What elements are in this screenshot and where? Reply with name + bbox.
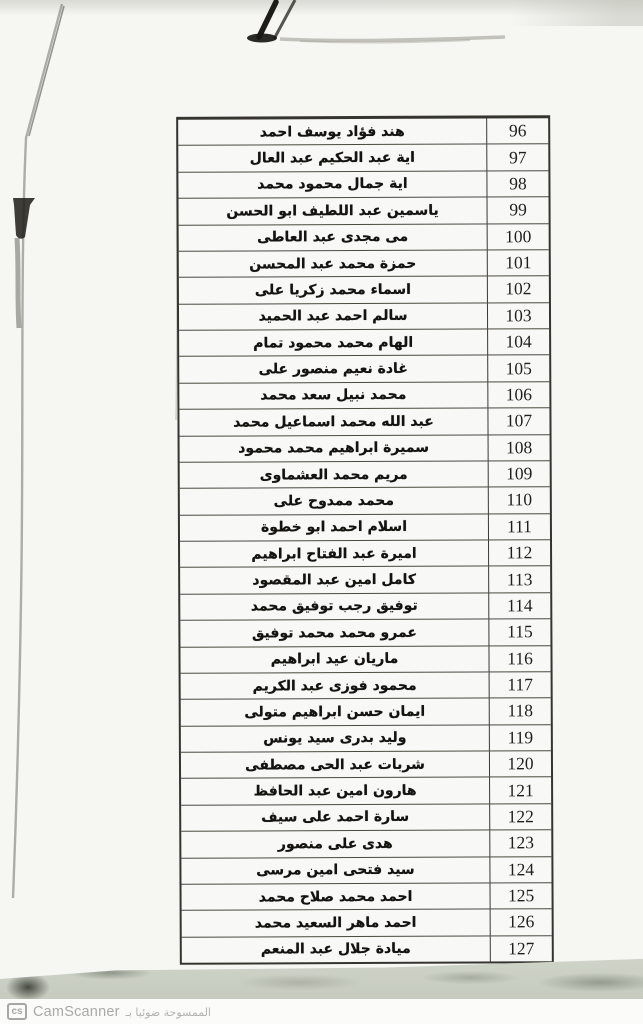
row-number-cell: 105 [487,356,549,382]
table-row: غادة نعيم منصور على 105 [179,355,549,383]
student-name-cell: سيد فتحى امين مرسى [181,857,489,884]
row-number-cell: 106 [487,382,549,408]
row-number-cell: 103 [487,303,549,329]
student-name-cell: ياسمين عبد اللطيف ابو الحسن [179,198,487,225]
table-row: حمزة محمد عبد المحسن 101 [179,249,549,277]
row-number-cell: 99 [487,197,549,223]
table-row: اية جمال محمود محمد 98 [178,170,548,198]
table-row: اسماء محمد زكريا على 102 [179,275,549,303]
student-name-cell: ماريان عيد ابراهيم [180,646,488,673]
table-row: هند فؤاد يوسف احمد 96 [178,118,548,145]
row-number-cell: 113 [488,567,550,593]
table-row: الهام محمد محمود تمام 104 [179,328,549,356]
row-number-cell: 96 [486,118,548,144]
row-number-cell: 125 [489,883,551,909]
row-number-cell: 122 [489,804,551,830]
row-number-cell: 107 [487,408,549,434]
student-name-cell: مريم محمد العشماوى [180,461,488,488]
row-number-cell: 98 [486,171,548,197]
student-name-cell: ميادة جلال عبد المنعم [182,936,490,963]
row-number-cell: 116 [488,646,550,672]
row-number-cell: 117 [489,672,551,698]
table-row: محمد ممدوح على 110 [180,486,550,514]
student-name-cell: اية عبد الحكيم عبد العال [178,145,486,172]
student-name-cell: اسلام احمد ابو خطوة [180,514,488,541]
student-name-cell: كامل امين عبد المقصود [180,567,488,594]
student-name-cell: هارون امين عبد الحافظ [181,778,489,805]
table-row: سارة احمد على سيف 122 [181,803,551,831]
table-row: ياسمين عبد اللطيف ابو الحسن 99 [179,196,549,224]
scanned-document-page: { "page": { "paper_color": "#f6f6f3", "d… [0,0,643,1024]
table-row: سالم احمد عبد الحميد 103 [179,302,549,330]
student-name-cell: عبد الله محمد اسماعيل محمد [179,409,487,436]
student-name-cell: اية جمال محمود محمد [178,171,486,198]
row-number-cell: 123 [489,830,551,856]
student-name-cell: اسماء محمد زكريا على [179,277,487,304]
row-number-cell: 97 [486,145,548,171]
row-number-cell: 112 [488,540,550,566]
row-number-cell: 109 [488,461,550,487]
table-row: اسلام احمد ابو خطوة 111 [180,513,550,541]
student-name-cell: توفيق رجب توفيق محمد [180,593,488,620]
student-name-cell: حمزة محمد عبد المحسن [179,250,487,277]
table-row: توفيق رجب توفيق محمد 114 [180,592,550,620]
row-number-cell: 118 [489,698,551,724]
student-name-cell: الهام محمد محمود تمام [179,329,487,356]
table-row: مريم محمد العشماوى 109 [180,460,550,488]
row-number-cell: 114 [488,593,550,619]
camscanner-app-name: CamScanner [33,1004,120,1020]
row-number-cell: 120 [489,751,551,777]
student-name-cell: شربات عبد الحى مصطفى [181,751,489,778]
table-row: ايمان حسن ابراهيم متولى 118 [181,697,551,725]
row-number-cell: 104 [487,329,549,355]
student-name-cell: ايمان حسن ابراهيم متولى [181,699,489,726]
table-row: عبد الله محمد اسماعيل محمد 107 [179,407,549,435]
student-name-cell: هند فؤاد يوسف احمد [178,118,486,145]
student-name-cell: سميرة ابراهيم محمد محمود [180,435,488,462]
student-roster-table: هند فؤاد يوسف احمد 96 اية عبد الحكيم عبد… [176,115,554,965]
student-name-cell: محمد نبيل سعد محمد [179,382,487,409]
student-name-cell: سارة احمد على سيف [181,804,489,831]
table-row: كامل امين عبد المقصود 113 [180,566,550,594]
row-number-cell: 110 [488,487,550,513]
student-name-cell: وليد بدرى سيد يونس [181,725,489,752]
table-row: ميادة جلال عبد المنعم 127 [182,935,552,963]
table-row: اية عبد الحكيم عبد العال 97 [178,144,548,172]
student-name-cell: احمد ماهر السعيد محمد [182,910,490,937]
student-name-cell: مى مجدى عبد العاطى [179,224,487,251]
table-row: سميرة ابراهيم محمد محمود 108 [180,434,550,462]
student-name-cell: غادة نعيم منصور على [179,356,487,383]
table-row: هدى على منصور 123 [181,829,551,857]
table-row: محمد نبيل سعد محمد 106 [179,381,549,409]
student-name-cell: عمرو محمد محمد توفيق [180,620,488,647]
table-row: احمد محمد صلاح محمد 125 [181,882,551,910]
table-row: عمرو محمد محمد توفيق 115 [180,618,550,646]
row-number-cell: 124 [489,857,551,883]
student-name-cell: هدى على منصور [181,831,489,858]
row-number-cell: 100 [487,224,549,250]
student-name-cell: محمود فوزى عبد الكريم [181,672,489,699]
camscanner-logo-icon: cs [7,1003,27,1020]
camscanner-arabic-label: الممسوحة ضوئيا بـ [126,1005,211,1019]
row-number-cell: 101 [487,250,549,276]
student-name-cell: محمد ممدوح على [180,488,488,515]
row-number-cell: 108 [488,435,550,461]
row-number-cell: 115 [488,619,550,645]
student-name-cell: احمد محمد صلاح محمد [182,883,490,910]
table-row: شربات عبد الحى مصطفى 120 [181,750,551,778]
table-row: محمود فوزى عبد الكريم 117 [181,671,551,699]
row-number-cell: 119 [489,725,551,751]
camscanner-watermark-bar: cs CamScanner الممسوحة ضوئيا بـ [0,999,643,1024]
row-number-cell: 126 [490,909,552,935]
table-row: مى مجدى عبد العاطى 100 [179,223,549,251]
row-number-cell: 127 [490,936,552,962]
table-row: ماريان عيد ابراهيم 116 [180,645,550,673]
table-row: هارون امين عبد الحافظ 121 [181,777,551,805]
student-name-cell: سالم احمد عبد الحميد [179,303,487,330]
row-number-cell: 102 [487,276,549,302]
table-row: اميرة عبد الفتاح ابراهيم 112 [180,539,550,567]
table-row: احمد ماهر السعيد محمد 126 [182,908,552,936]
table-row: سيد فتحى امين مرسى 124 [181,856,551,884]
student-name-cell: اميرة عبد الفتاح ابراهيم [180,540,488,567]
table-row: وليد بدرى سيد يونس 119 [181,724,551,752]
row-number-cell: 121 [489,778,551,804]
row-number-cell: 111 [488,514,550,540]
scan-top-right-shadow [513,0,643,26]
